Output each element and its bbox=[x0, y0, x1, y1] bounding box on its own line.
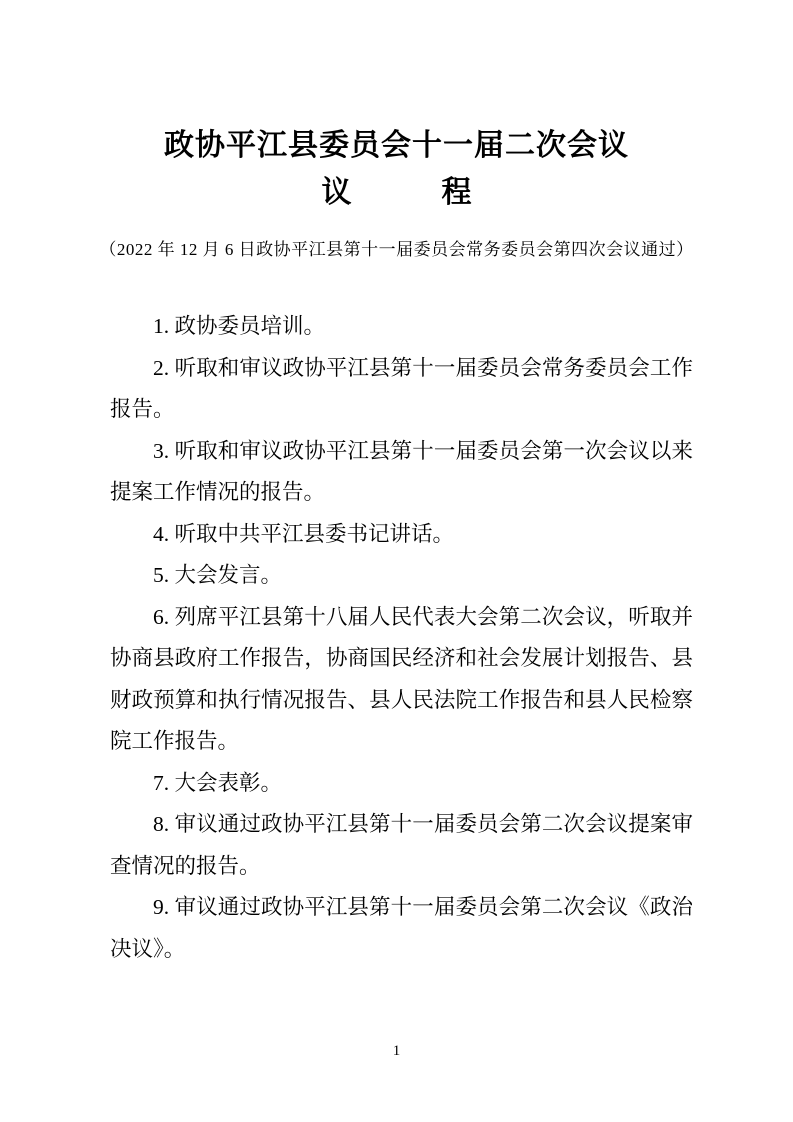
document-title: 政协平江县委员会十一届二次会议 bbox=[0, 130, 793, 162]
agenda-item-6: 6. 列席平江县第十八届人民代表大会第二次会议，听取并协商县政府工作报告，协商国… bbox=[110, 597, 693, 763]
agenda-item-7: 7. 大会表彰。 bbox=[110, 763, 693, 805]
agenda-item-1: 1. 政协委员培训。 bbox=[110, 306, 693, 348]
document-page: 政协平江县委员会十一届二次会议 议 程 （2022 年 12 月 6 日政协平江… bbox=[0, 0, 793, 1122]
agenda-item-8: 8. 审议通过政协平江县第十一届委员会第二次会议提案审查情况的报告。 bbox=[110, 804, 693, 887]
agenda-item-5: 5. 大会发言。 bbox=[110, 555, 693, 597]
document-subtitle: 议 程 bbox=[0, 177, 793, 209]
agenda-item-3: 3. 听取和审议政协平江县第十一届委员会第一次会议以来提案工作情况的报告。 bbox=[110, 431, 693, 514]
agenda-list: 1. 政协委员培训。 2. 听取和审议政协平江县第十一届委员会常务委员会工作报告… bbox=[110, 306, 693, 970]
agenda-item-2: 2. 听取和审议政协平江县第十一届委员会常务委员会工作报告。 bbox=[110, 348, 693, 431]
agenda-item-9: 9. 审议通过政协平江县第十一届委员会第二次会议《政治决议》。 bbox=[110, 887, 693, 970]
page-number: 1 bbox=[0, 1042, 793, 1060]
adoption-note: （2022 年 12 月 6 日政协平江县第十一届委员会常务委员会第四次会议通过… bbox=[0, 241, 793, 259]
agenda-item-4: 4. 听取中共平江县委书记讲话。 bbox=[110, 514, 693, 556]
